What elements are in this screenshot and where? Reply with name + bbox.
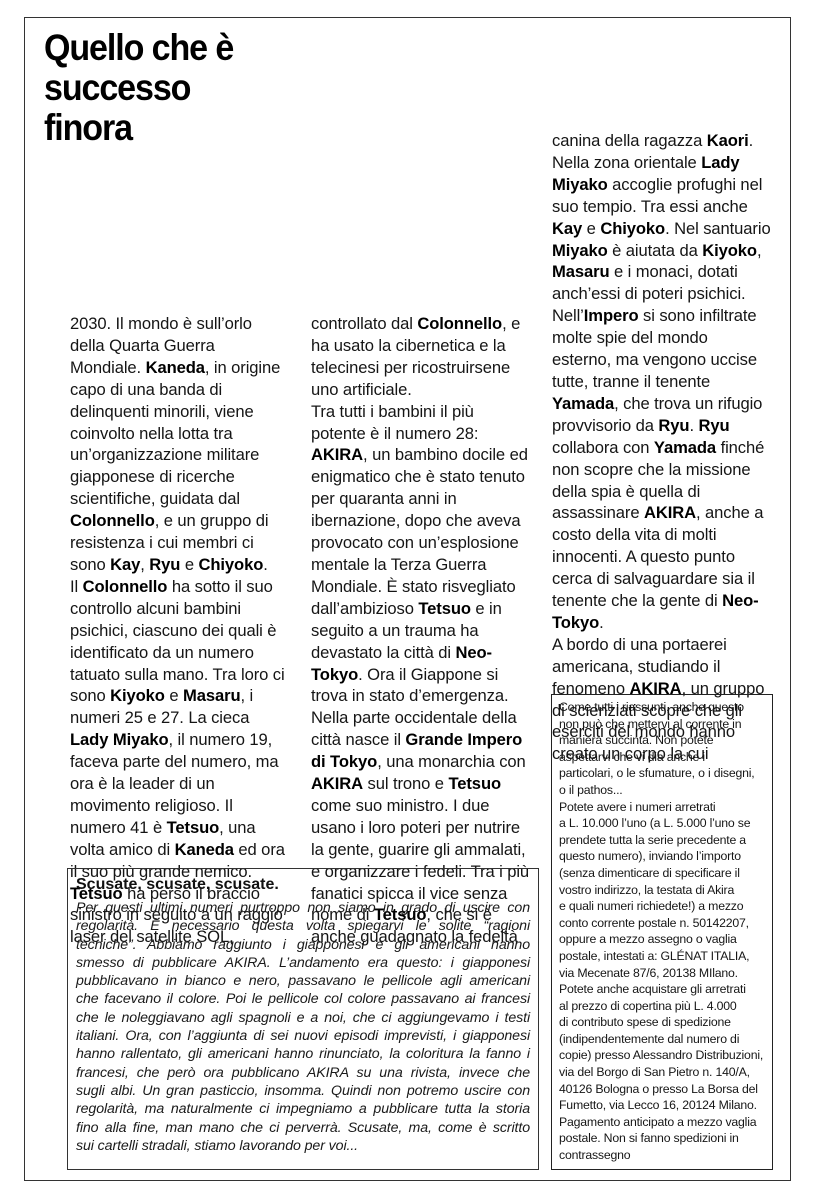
text-line: particolari, o le sfumature, o i disegni… — [559, 765, 772, 782]
text-line: Tokyo. Ora il Giappone si — [311, 664, 547, 686]
text-line: copie) presso Alessandro Distribuzioni, — [559, 1047, 772, 1064]
character-name: Yamada — [654, 438, 716, 457]
text-line: delinquenti minorili, viene — [70, 401, 306, 423]
text-line: resistenza i cui membri ci — [70, 532, 306, 554]
text-line: A bordo di una portaerei — [552, 634, 792, 656]
character-name: Miyako — [552, 175, 608, 194]
text-line: Il Colonnello ha sotto il suo — [70, 576, 306, 598]
character-name: Tokyo — [552, 613, 599, 632]
text-line: molte spie del mondo — [552, 327, 792, 349]
character-name: Yamada — [552, 394, 614, 413]
text-line: ibernazione, dopo che aveva — [311, 510, 547, 532]
character-name: AKIRA — [311, 774, 363, 793]
character-name: Chiyoko — [199, 555, 264, 574]
character-name: Neo- — [455, 643, 491, 662]
text-line: smesso di pubblicare AKIRA. L’andamento … — [76, 954, 530, 972]
text-line: usano i loro poteri per nutrire — [311, 817, 547, 839]
text-line: come suo ministro. I due — [311, 795, 547, 817]
apology-notice-box: Scusate, scusate, scusate. Per questi ul… — [67, 868, 539, 1170]
text-line: Nell’Impero si sono infiltrate — [552, 305, 792, 327]
text-line: costo della vita di molti — [552, 524, 792, 546]
text-line: città nasce il Grande Impero — [311, 729, 547, 751]
text-line: dall’ambizioso Tetsuo e in — [311, 598, 547, 620]
text-line: un’organizzazione militare — [70, 444, 306, 466]
text-line: trova in stato d’emergenza. — [311, 685, 547, 707]
character-name: Lady Miyako — [70, 730, 169, 749]
text-line: Mondiale. È stato risvegliato — [311, 576, 547, 598]
character-name: Kay — [110, 555, 140, 574]
text-line: e quali numeri richiedete!) a mezzo — [559, 898, 772, 915]
text-line: americana, studiando il — [552, 656, 792, 678]
text-line: a L. 10.000 l’uno (a L. 5.000 l’uno se — [559, 815, 772, 832]
title-line: finora — [44, 108, 338, 148]
text-line: italiani. Ora, con l’aggiunta di sei nuo… — [76, 1027, 530, 1045]
text-line: Miyako è aiutata da Kiyoko, — [552, 240, 792, 262]
text-line: tutte, tranne il tenente — [552, 371, 792, 393]
character-name: Tokyo — [311, 665, 358, 684]
text-line: mentale la Terza Guerra — [311, 554, 547, 576]
text-line: capo di una banda di — [70, 379, 306, 401]
text-line: (indipendentemente dal numero di — [559, 1031, 772, 1048]
character-name: Impero — [584, 306, 639, 325]
text-line: Lady Miyako, il numero 19, — [70, 729, 306, 751]
text-line: anch’essi di poteri psichici. — [552, 283, 792, 305]
character-name: Chiyoko — [600, 219, 665, 238]
article-column-1: 2030. Il mondo è sull’orlodella Quarta G… — [70, 313, 306, 948]
back-issues-text: Come tutti i riassunti, anche questonon … — [559, 699, 772, 1164]
text-line: Kay e Chiyoko. Nel santuario — [552, 218, 792, 240]
text-line: Yamada, che trova un rifugio — [552, 393, 792, 415]
text-line: di contributo spese di spedizione — [559, 1014, 772, 1031]
text-line: Tra tutti i bambini il più — [311, 401, 547, 423]
text-line: potente è il numero 28: — [311, 423, 547, 445]
character-name: AKIRA — [644, 503, 696, 522]
text-line: ora è la leader di un — [70, 773, 306, 795]
text-line: Potete avere i numeri arretrati — [559, 799, 772, 816]
article-column-3: canina della ragazza Kaori.Nella zona or… — [552, 130, 792, 765]
apology-heading: Scusate, scusate, scusate. — [76, 875, 530, 895]
text-line: postale. Non si fanno spedizioni in — [559, 1130, 772, 1147]
text-line: sono Kiyoko e Masaru, i — [70, 685, 306, 707]
text-line: Per questi ultimi numeri purtroppo non s… — [76, 899, 530, 917]
text-line: Masaru e i monaci, dotati — [552, 261, 792, 283]
character-name: AKIRA — [311, 445, 363, 464]
text-line: della spia è quella di — [552, 481, 792, 503]
character-name: Kaori — [707, 131, 749, 150]
character-name: Kaneda — [146, 358, 205, 377]
text-line: Potete anche acquistare gli arretrati — [559, 981, 772, 998]
title-line: successo — [44, 68, 338, 108]
character-name: Kiyoko — [110, 686, 165, 705]
character-name: Lady — [701, 153, 739, 172]
text-line: Pagamento anticipato a mezzo vaglia — [559, 1114, 772, 1131]
text-line: AKIRA, un bambino docile ed — [311, 444, 547, 466]
text-line: innocenti. A questo punto — [552, 546, 792, 568]
text-line: di Tokyo, una monarchia con — [311, 751, 547, 773]
text-line: seguito a un trauma ha — [311, 620, 547, 642]
text-line: giapponese di ricerche — [70, 466, 306, 488]
text-line: numeri 25 e 27. La cieca — [70, 707, 306, 729]
text-line: devastato la città di Neo- — [311, 642, 547, 664]
article-column-2: controllato dal Colonnello, eha usato la… — [311, 313, 547, 948]
page-title: Quello che è successo finora — [44, 28, 338, 148]
text-line: suo tempio. Tra essi anche — [552, 196, 792, 218]
text-line: maniera succinta. Non potete — [559, 732, 772, 749]
text-line: cerca di salvaguardare sia il — [552, 568, 792, 590]
text-line: faceva parte del numero, ma — [70, 751, 306, 773]
text-line: della Quarta Guerra — [70, 335, 306, 357]
text-line: postale, intestati a: GLÉNAT ITALIA, — [559, 948, 772, 965]
text-line: fino alla fine, man mano che ci perverrà… — [76, 1119, 530, 1137]
text-line: coinvolto nella lotta tra — [70, 423, 306, 445]
text-line: Come tutti i riassunti, anche questo — [559, 699, 772, 716]
text-line: francesi, che però ora pubblicano AKIRA … — [76, 1064, 530, 1082]
character-name: Neo- — [722, 591, 758, 610]
text-line: al prezzo di copertina più L. 4.000 — [559, 998, 772, 1015]
text-line: collabora con Yamada finché — [552, 437, 792, 459]
character-name: Ryu — [149, 555, 180, 574]
text-line: tenente che la gente di Neo- — [552, 590, 792, 612]
character-name: Miyako — [552, 241, 608, 260]
text-line: conto corrente postale n. 50142207, — [559, 915, 772, 932]
text-line: tecniche”. Abbiamo raggiunto i giappones… — [76, 936, 530, 954]
text-line: Colonnello, e un gruppo di — [70, 510, 306, 532]
title-line: Quello che è — [44, 28, 338, 68]
character-name: Ryu — [658, 416, 689, 435]
text-line: provvisorio da Ryu. Ryu — [552, 415, 792, 437]
text-line: enigmatico che è stato tenuto — [311, 466, 547, 488]
text-line: volta amico di Kaneda ed ora — [70, 839, 306, 861]
text-line: che facevano il colore. Poi le pellicole… — [76, 990, 530, 1008]
text-line: (senza dimenticare di specificare il — [559, 865, 772, 882]
text-line: movimento religioso. Il — [70, 795, 306, 817]
text-line: tatuato sulla mano. Tra loro ci — [70, 664, 306, 686]
text-line: o il pathos... — [559, 782, 772, 799]
character-name: Ryu — [699, 416, 730, 435]
character-name: Kiyoko — [702, 241, 757, 260]
text-line: per quaranta anni in — [311, 488, 547, 510]
text-line: prendete tutta la serie precedente a — [559, 832, 772, 849]
text-line: via del Borgo di San Pietro n. 140/A, — [559, 1064, 772, 1081]
character-name: Tetsuo — [448, 774, 501, 793]
back-issues-info-box: Come tutti i riassunti, anche questonon … — [551, 694, 773, 1170]
text-line: canina della ragazza Kaori. — [552, 130, 792, 152]
text-line: Nella parte occidentale della — [311, 707, 547, 729]
character-name: Kaneda — [175, 840, 234, 859]
character-name: Colonnello — [83, 577, 168, 596]
text-line: la gente, guarire gli ammalati, — [311, 839, 547, 861]
text-line: hanno rallentato, gli americani hanno ri… — [76, 1045, 530, 1063]
character-name: Tetsuo — [167, 818, 220, 837]
text-line: non scopre che la missione — [552, 459, 792, 481]
apology-body: Per questi ultimi numeri purtroppo non s… — [76, 899, 530, 1155]
character-name: Masaru — [183, 686, 241, 705]
text-line: contrassegno — [559, 1147, 772, 1164]
text-line: sui cartelli stradali, stiamo lavorando … — [76, 1137, 530, 1155]
text-line: via Mecenate 87/6, 20138 MIlano. — [559, 965, 772, 982]
character-name: di Tokyo — [311, 752, 377, 771]
text-line: assassinare AKIRA, anche a — [552, 502, 792, 524]
text-line: aspettarvi che vi dia anche i — [559, 749, 772, 766]
text-line: telecinesi per ricostruirsene — [311, 357, 547, 379]
character-name: Colonnello — [417, 314, 502, 333]
text-line: oppure a mezzo assegno o vaglia — [559, 931, 772, 948]
character-name: Grande Impero — [405, 730, 522, 749]
character-name: Masaru — [552, 262, 610, 281]
text-line: vostro indirizzo, la testata di Akira — [559, 882, 772, 899]
text-line: psichici, ciascuno dei quali è — [70, 620, 306, 642]
character-name: Tetsuo — [418, 599, 471, 618]
text-line: provocato con un’esplosione — [311, 532, 547, 554]
text-line: uno artificiale. — [311, 379, 547, 401]
text-line: numero 41 è Tetsuo, una — [70, 817, 306, 839]
text-line: non può che mettervi al corrente in — [559, 716, 772, 733]
text-line: regolarità. È necessario questa volta sp… — [76, 917, 530, 935]
text-line: che le noleggiavano agli spagnoli e a no… — [76, 1009, 530, 1027]
text-line: esterno, ma vengono uccise — [552, 349, 792, 371]
text-line: Mondiale. Kaneda, in origine — [70, 357, 306, 379]
text-line: Nella zona orientale Lady — [552, 152, 792, 174]
text-line: controllo alcuni bambini — [70, 598, 306, 620]
text-line: scientifiche, guidata dal — [70, 488, 306, 510]
text-line: 2030. Il mondo è sull’orlo — [70, 313, 306, 335]
text-line: sugli albi. Un gran pasticcio, insomma. … — [76, 1082, 530, 1100]
text-line: Fumetto, via Lecco 16, 20124 Milano. — [559, 1097, 772, 1114]
text-line: Miyako accoglie profughi nel — [552, 174, 792, 196]
text-line: questo numero), inviando l’importo — [559, 848, 772, 865]
text-line: pubblicavano in bianco e nero, passavano… — [76, 972, 530, 990]
text-line: 40126 Bologna o presso La Borsa del — [559, 1081, 772, 1098]
text-line: regolarità, ma naturalmente ci impegniam… — [76, 1100, 530, 1118]
text-line: sono Kay, Ryu e Chiyoko. — [70, 554, 306, 576]
text-line: controllato dal Colonnello, e — [311, 313, 547, 335]
character-name: Colonnello — [70, 511, 155, 530]
text-line: identificato da un numero — [70, 642, 306, 664]
character-name: Kay — [552, 219, 582, 238]
text-line: Tokyo. — [552, 612, 792, 634]
text-line: AKIRA sul trono e Tetsuo — [311, 773, 547, 795]
text-line: ha usato la cibernetica e la — [311, 335, 547, 357]
